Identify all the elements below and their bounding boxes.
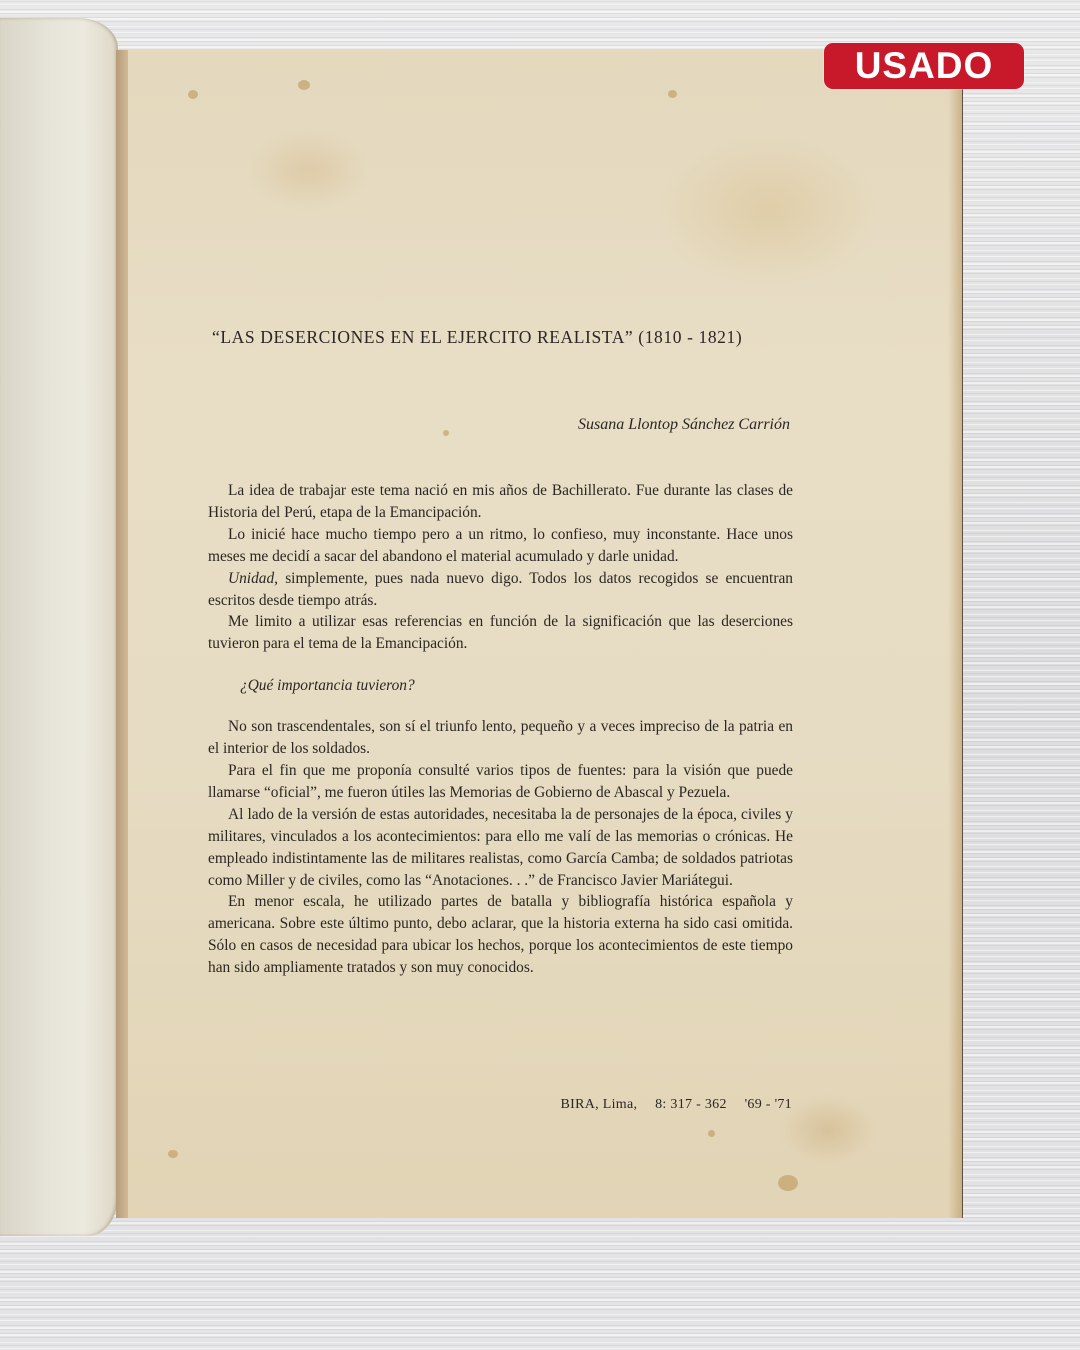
foxing-stain (298, 80, 310, 90)
foxing-stain (188, 90, 198, 99)
left-page-curl (0, 18, 118, 1236)
foxing-stain (778, 1175, 798, 1191)
footer-years: '69 - '71 (745, 1097, 792, 1112)
footer-pages: 8: 317 - 362 (655, 1097, 727, 1112)
paragraph: Unidad, simplemente, pues nada nuevo dig… (208, 568, 793, 612)
citation-footer: BIRA, Lima, 8: 317 - 362 '69 - '71 (520, 1097, 792, 1113)
foxing-stain (708, 1130, 715, 1137)
paragraph: Para el fin que me proponía consulté var… (208, 760, 793, 804)
paragraph: No son trascendentales, son sí el triunf… (208, 716, 793, 760)
used-condition-badge: USADO (824, 43, 1024, 89)
section-heading: ¿Qué importancia tuvieron? (240, 675, 793, 697)
paragraph: La idea de trabajar este tema nació en m… (208, 480, 793, 524)
article-body: La idea de trabajar este tema nació en m… (208, 480, 793, 979)
paragraph: En menor escala, he utilizado partes de … (208, 891, 793, 979)
article-title: “LAS DESERCIONES EN EL EJERCITO REALISTA… (212, 327, 792, 348)
paragraph: Lo inicié hace mucho tiempo pero a un ri… (208, 524, 793, 568)
paragraph: Al lado de la versión de estas autoridad… (208, 804, 793, 892)
emphasis-word: Unidad, (228, 570, 278, 587)
paragraph: Me limito a utilizar esas referencias en… (208, 611, 793, 655)
paragraph-text: simplemente, pues nada nuevo digo. Todos… (208, 570, 793, 609)
foxing-stain (668, 90, 677, 98)
badge-label: USADO (855, 45, 994, 87)
footer-journal: BIRA, Lima, (561, 1097, 638, 1112)
foxing-stain (168, 1150, 178, 1158)
article-author: Susana Llontop Sánchez Carrión (400, 416, 790, 434)
